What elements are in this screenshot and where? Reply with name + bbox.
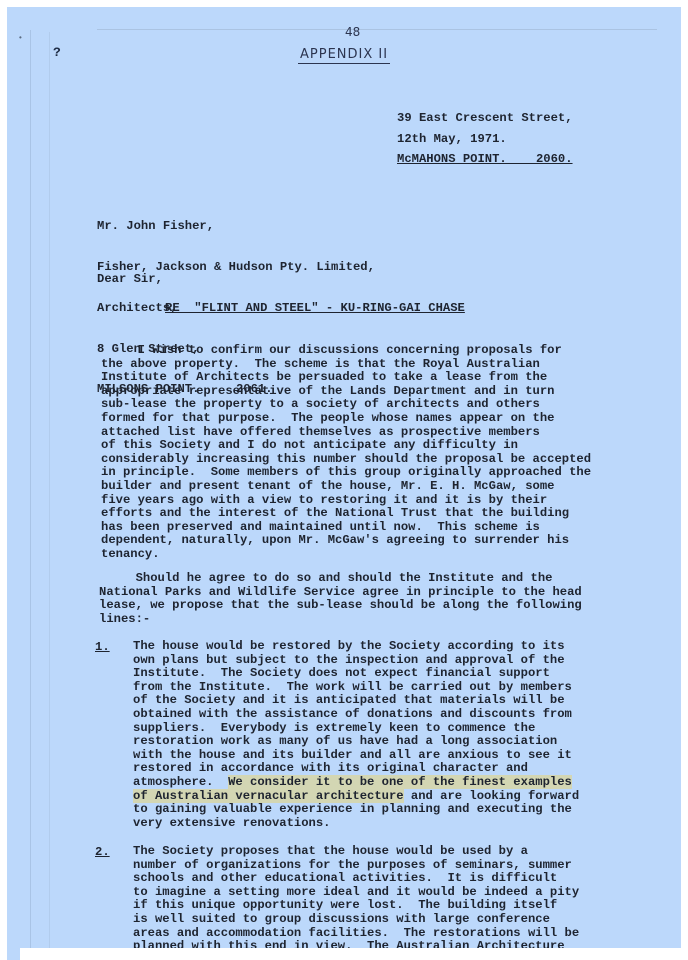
text-line: formed for that purpose. The people whos… [101,412,591,426]
handwritten-page-number: 48 [345,25,360,39]
text-line: to imagine a setting more ideal and it w… [133,886,579,900]
highlighted-text: We consider it to be one of the finest e… [228,775,572,789]
item-1-text: The house would be restored by the Socie… [133,640,579,830]
text-line: The house would be restored by the Socie… [133,640,579,654]
recipient-line: Mr. John Fisher, [97,220,375,234]
text-line: number of organizations for the purposes… [133,859,579,873]
salutation: Dear Sir, [97,273,163,287]
text-line: sub-lease the property to a society of a… [101,398,591,412]
text-line: to gaining valuable experience in planni… [133,803,579,817]
text-line: of this Society and I do not anticipate … [101,439,591,453]
text-line: Should he agree to do so and should the … [99,572,582,586]
top-rule [97,29,657,30]
handwritten-appendix-title: APPENDIX II [298,47,390,64]
text-line: suppliers. Everybody is extremely keen t… [133,722,579,736]
text-line: dependent, naturally, upon Mr. McGaw's a… [101,534,591,548]
text-line: tenancy. [101,548,591,562]
margin-line [30,30,31,960]
text-line: restoration work as many of us have had … [133,735,579,749]
text-line: builder and present tenant of the house,… [101,480,591,494]
letter-date: 12th May, 1971. [397,133,507,147]
paragraph-2: Should he agree to do so and should the … [99,572,582,626]
sender-street: 39 East Crescent Street, [397,112,573,126]
text-line: five years ago with a view to restoring … [101,494,591,508]
text-line: own plans but subject to the inspection … [133,654,579,668]
text-line: is well suited to group discussions with… [133,913,579,927]
text-line: with the house and its builder and all a… [133,749,579,763]
text-line: if this unique opportunity were lost. Th… [133,899,579,913]
paragraph-1: I wish to confirm our discussions concer… [101,344,591,562]
margin-question-mark: ? [53,45,61,60]
text-line: National Parks and Wildlife Service agre… [99,586,582,600]
letter-page: • ? 48 APPENDIX II 39 East Crescent Stre… [7,7,681,960]
sender-suburb: McMAHONS POINT. 2060. [397,153,573,167]
text-line: very extensive renovations. [133,817,579,831]
text-line: atmosphere. We consider it to be one of … [133,776,579,790]
margin-line-inner [49,32,50,952]
highlighted-text: of Australian vernacular architecture [133,789,404,803]
item-2-text: The Society proposes that the house woul… [133,845,579,954]
subject-line: RE "FLINT AND STEEL" - KU-RING-GAI CHASE [165,302,465,316]
text-line: of the Society and it is anticipated tha… [133,694,579,708]
text-line: areas and accommodation facilities. The … [133,927,579,941]
text-line: Institute of Architects be persuaded to … [101,371,591,385]
text-line: schools and other educational activities… [133,872,579,886]
bottom-strip [20,948,688,960]
text-line: the above property. The scheme is that t… [101,358,591,372]
item-number-1: 1. [95,640,110,654]
text-line: has been preserved and maintained until … [101,521,591,535]
text-line: restored in accordance with its original… [133,762,579,776]
text-line: Institute. The Society does not expect f… [133,667,579,681]
text-line: in principle. Some members of this group… [101,466,591,480]
item-number-2: 2. [95,845,110,859]
text-line: from the Institute. The work will be car… [133,681,579,695]
text-line: I wish to confirm our discussions concer… [101,344,591,358]
text-line: The Society proposes that the house woul… [133,845,579,859]
text-line: lease, we propose that the sub-lease sho… [99,599,582,613]
text-line: considerably increasing this number shou… [101,453,591,467]
text-line: lines:- [99,613,582,627]
text-line: attached list have offered themselves as… [101,426,591,440]
text-line: of Australian vernacular architecture an… [133,790,579,804]
text-line: obtained with the assistance of donation… [133,708,579,722]
margin-dot: • [18,34,23,43]
text-line: appropriate representative of the Lands … [101,385,591,399]
text-line: efforts and the interest of the National… [101,507,591,521]
